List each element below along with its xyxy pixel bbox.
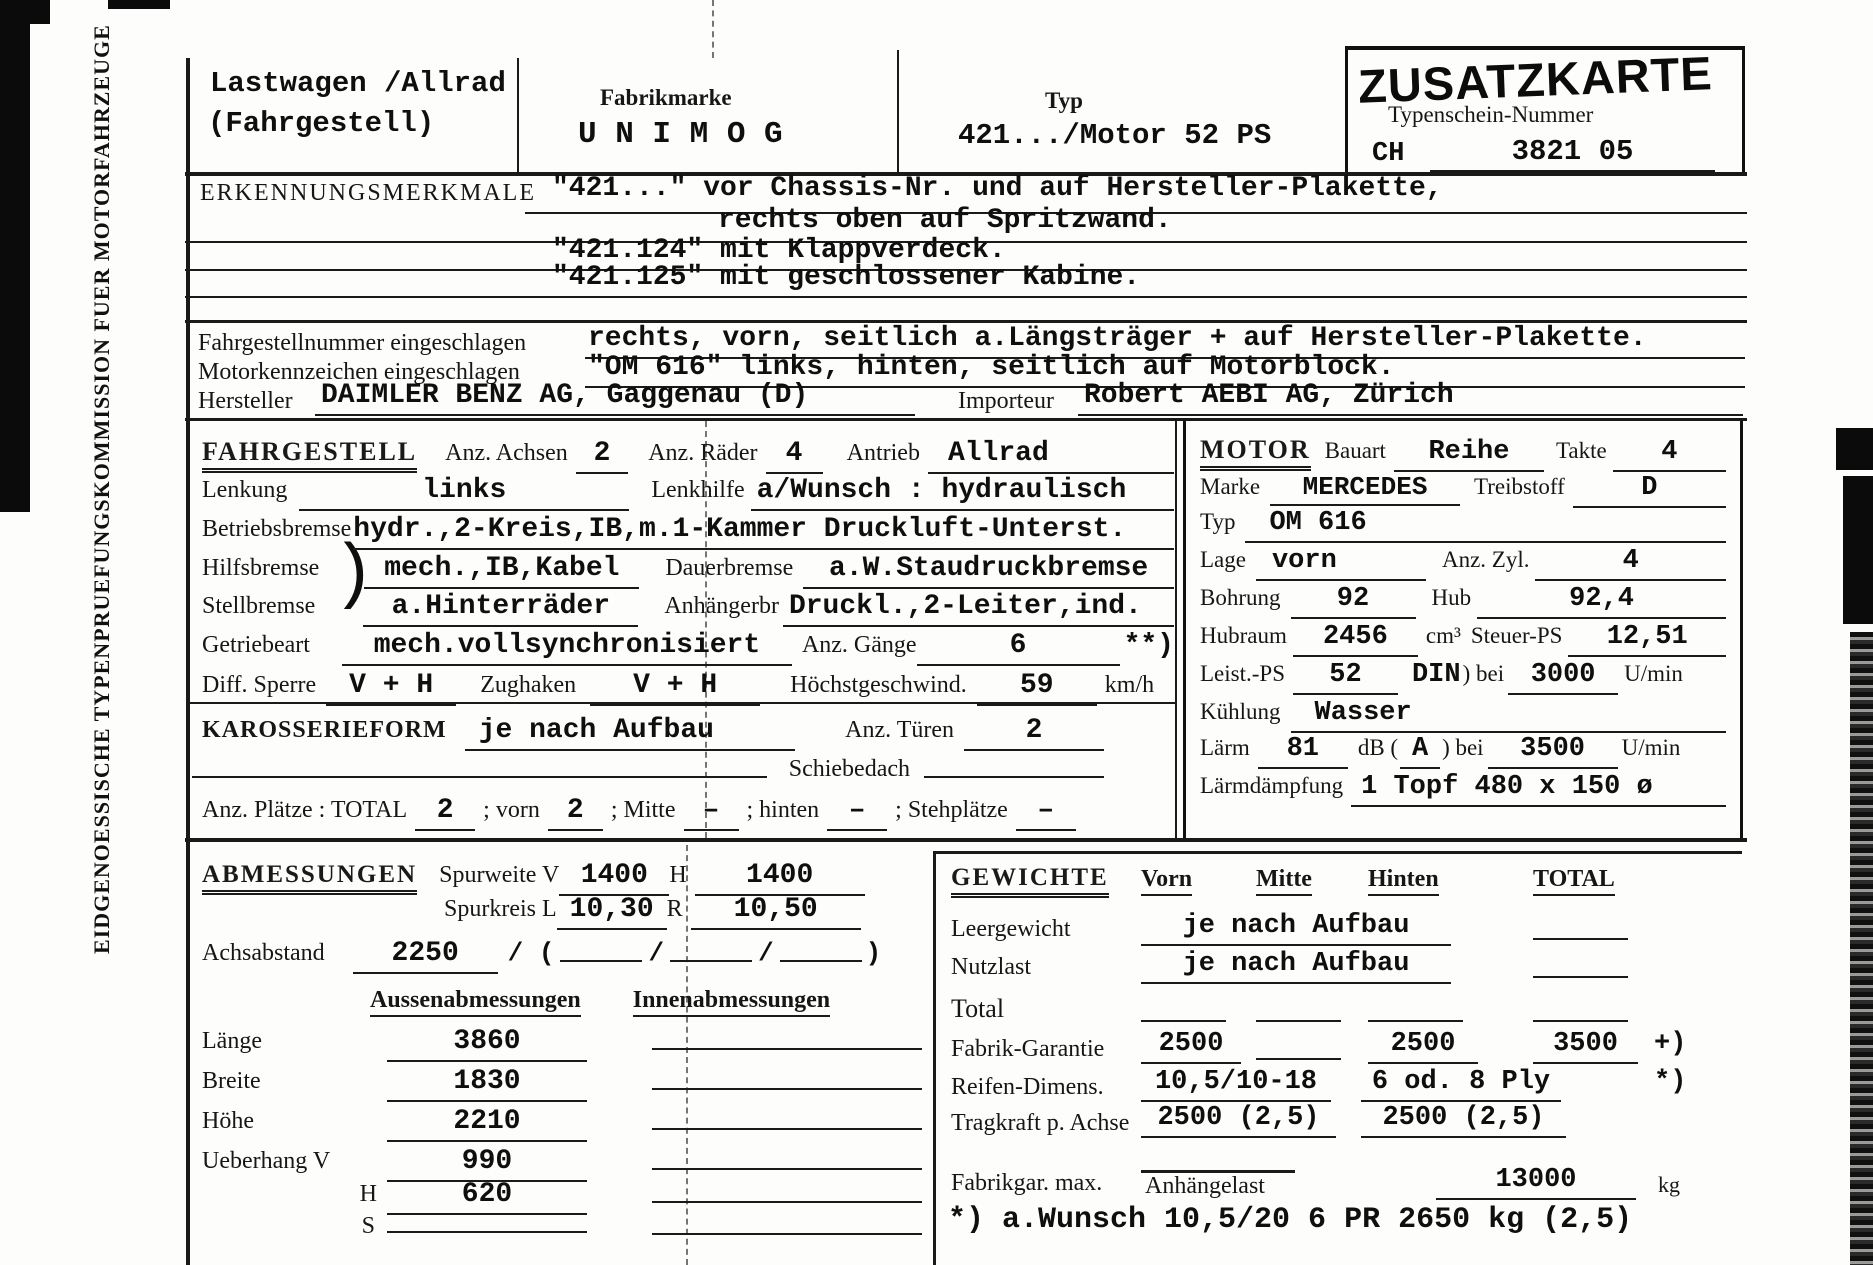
seats-front-value: 2 — [548, 796, 603, 831]
overhang-rear-inner-blank — [652, 1187, 922, 1203]
seats-rear-value: – — [827, 796, 887, 831]
bodywork-title: KAROSSERIEFORM — [202, 717, 447, 744]
axle-load-front-value: 2500 (2,5) — [1141, 1104, 1336, 1138]
overhang-side-value — [387, 1229, 587, 1233]
axles-value: 2 — [576, 439, 628, 474]
axle-load-rear-value: 2500 (2,5) — [1361, 1104, 1566, 1138]
parking-brake-value: a.Hinterräder — [363, 592, 638, 627]
sunroof-blank — [924, 762, 1104, 778]
engine-power-norm: DIN — [1412, 661, 1461, 691]
dimension-row-width: Breite 1830 — [190, 1067, 930, 1102]
engine-displacement-value: 2456 — [1293, 623, 1418, 657]
engine-row-1: MOTOR Bauart Reihe Takte 4 — [1186, 435, 1740, 472]
chassis-box-right-border — [1175, 421, 1177, 838]
trailer-load-row: Fabrikgar. max. Anhängelast 13000 kg — [936, 1166, 1742, 1204]
retarder-label: Dauerbremse — [665, 555, 793, 582]
chassis-row-3: Betriebsbremse hydr.,2-Kreis,IB,m.1-Kamm… — [190, 515, 1174, 550]
engine-row-6: Hubraum 2456 cm³ Steuer-PS 12,51 — [1186, 623, 1740, 657]
identification-line-1: "421..." vor Chassis-Nr. und auf Herstel… — [552, 174, 1443, 205]
steering-value: links — [299, 476, 629, 511]
scan-right-block-small — [1836, 428, 1873, 470]
card-title-box: ZUSATZKARTE Typenschein-Nummer CH 3821 0… — [1345, 46, 1745, 172]
blank-line — [670, 946, 752, 962]
header-divider-2 — [897, 50, 899, 172]
blank-line — [192, 762, 767, 778]
seats-middle-value: – — [684, 796, 739, 831]
engine-noise-value: 81 — [1258, 735, 1348, 769]
identification-label: ERKENNUNGSMERKMALE — [200, 180, 536, 207]
factory-front-value: 2500 — [1141, 1030, 1241, 1064]
height-label: Höhe — [202, 1108, 387, 1135]
factory-rear-value: 2500 — [1368, 1030, 1478, 1064]
scan-right-speckle-strip — [1850, 632, 1873, 1265]
payload-row: Nutzlast je nach Aufbau — [936, 950, 1742, 988]
turning-right-label: R — [667, 896, 683, 923]
engine-strokes-label: Takte — [1556, 438, 1607, 464]
engine-position-label: Lage — [1200, 547, 1246, 573]
engine-row-7: Leist.-PS 52 DIN ) bei 3000 U/min — [1186, 661, 1740, 695]
brand-label: Fabrikmarke — [600, 85, 732, 111]
engine-position-value: vorn — [1256, 547, 1426, 581]
width-label: Breite — [202, 1068, 387, 1095]
drive-label: Antrieb — [847, 440, 920, 467]
drive-value: Allrad — [928, 439, 1174, 474]
trailer-load-unit: kg — [1658, 1172, 1680, 1198]
height-inner-blank — [652, 1114, 922, 1130]
track-rear-value: 1400 — [695, 861, 865, 896]
engine-make-label: Marke — [1200, 474, 1260, 500]
inner-dimensions-header: Innenabmessungen — [633, 987, 830, 1017]
dimensions-row-wheelbase: Achsabstand 2250 / ( / / ) — [190, 939, 930, 974]
tire-ply-value: 6 od. 8 Ply — [1361, 1068, 1561, 1102]
approval-number-prefix: CH — [1372, 140, 1404, 170]
doors-label: Anz. Türen — [845, 717, 954, 744]
header-divider-1 — [517, 58, 519, 172]
dimensions-row-turning: Spurkreis L 10,30 R 10,50 — [190, 895, 930, 930]
chassis-row-5: Stellbremse a.Hinterräder Anhängerbr Dru… — [190, 592, 1174, 627]
trailer-load-sublabel: Anhängelast — [1141, 1170, 1295, 1200]
total-weight-row: Total — [936, 992, 1742, 1030]
overhang-side-label: S — [202, 1213, 387, 1240]
weights-col-front: Vorn — [1141, 866, 1192, 896]
service-brake-label: Betriebsbremse — [202, 516, 351, 543]
payload-value: je nach Aufbau — [1141, 950, 1451, 984]
engine-type-label: Typ — [1200, 509, 1235, 535]
engine-row-10: Lärmdämpfung 1 Topf 480 x 150 ø — [1186, 773, 1740, 807]
engine-row-4: Lage vorn Anz. Zyl. 4 — [1186, 547, 1740, 581]
empty-weight-row: Leergewicht je nach Aufbau — [936, 912, 1742, 950]
steering-label: Lenkung — [202, 477, 287, 504]
trailer-load-label: Fabrikgar. max. — [951, 1170, 1102, 1197]
chassis-title: FAHRGESTELL — [202, 437, 417, 473]
retarder-value: a.W.Staudruckbremse — [803, 554, 1174, 589]
engine-title: MOTOR — [1200, 435, 1311, 471]
weights-header-row: GEWICHTE Vorn Mitte Hinten TOTAL — [936, 864, 1742, 900]
overhang-rear-label: H — [202, 1181, 387, 1208]
payload-total-blank — [1533, 962, 1628, 978]
engine-row-2: Marke MERCEDES Treibstoff D — [1186, 473, 1740, 508]
blank-line — [560, 946, 642, 962]
total-rear-blank — [1368, 1006, 1463, 1022]
tire-note: *) — [1654, 1068, 1686, 1098]
total-total-blank — [1533, 1006, 1628, 1022]
outer-dimensions-header: Aussenabmessungen — [370, 987, 581, 1017]
turning-right-value: 10,50 — [691, 895, 861, 930]
steering-assist-value: a/Wunsch : hydraulisch — [751, 476, 1174, 511]
engine-power-label: Leist.-PS — [1200, 661, 1285, 687]
tire-dimensions-row: Reifen-Dimens. 10,5/10-18 6 od. 8 Ply *) — [936, 1068, 1742, 1106]
engine-displacement-label: Hubraum — [1200, 623, 1287, 649]
engine-stroke-label: Hub — [1432, 585, 1472, 611]
bodywork-row-3: Anz. Plätze : TOTAL 2 ; vorn 2 ; Mitte –… — [190, 796, 1174, 831]
axle-load-row: Tragkraft p. Achse 2500 (2,5) 2500 (2,5) — [936, 1104, 1742, 1142]
dimension-row-height: Höhe 2210 — [190, 1107, 930, 1142]
height-outer-value: 2210 — [387, 1107, 587, 1142]
engine-row-3: Typ OM 616 — [1186, 509, 1740, 543]
manufacturer-label: Hersteller — [198, 388, 293, 415]
importer-value: Robert AEBI AG, Zürich — [1078, 381, 1743, 416]
body-shape-value: je nach Aufbau — [465, 716, 795, 751]
chassis-number-label: Fahrgestellnummer eingeschlagen — [198, 330, 526, 357]
chassis-number-value: rechts, vorn, seitlich a.Längsträger + a… — [588, 324, 1647, 355]
parking-brake-label: Stellbremse — [202, 593, 315, 620]
engine-layout-label: Bauart — [1325, 438, 1386, 464]
factory-middle-blank — [1256, 1044, 1341, 1060]
track-rear-label: H — [669, 862, 686, 889]
total-front-blank — [1141, 1006, 1226, 1022]
standing-value: – — [1016, 796, 1076, 831]
wheelbase-label: Achsabstand — [202, 940, 325, 967]
bodywork-section: KAROSSERIEFORM je nach Aufbau Anz. Türen… — [190, 704, 1174, 836]
trailer-brake-value: Druckl.,2-Leiter,ind. — [783, 592, 1174, 627]
trailer-brake-label: Anhängerbr — [664, 593, 779, 620]
wheelbase-close: ) — [866, 939, 882, 968]
engine-silencer-label: Lärmdämpfung — [1200, 773, 1343, 799]
axle-load-label: Tragkraft p. Achse — [951, 1110, 1129, 1137]
engine-row-5: Bohrung 92 Hub 92,4 — [1186, 585, 1740, 619]
engine-power-rpm: 3000 — [1508, 661, 1618, 695]
track-front-value: 1400 — [559, 861, 669, 896]
factory-total-value: 3500 — [1533, 1030, 1638, 1064]
typenschein-card: EIDGENOESSISCHE TYPENPRUEFUNGSKOMMISSION… — [0, 0, 1873, 1265]
type-label: Typ — [1045, 88, 1083, 114]
gears-label: Anz. Gänge — [802, 632, 917, 659]
chassis-section: ) FAHRGESTELL Anz. Achsen 2 Anz. Räder 4… — [190, 421, 1174, 702]
turning-left-value: 10,30 — [557, 895, 667, 930]
manufacturer-value: DAIMLER BENZ AG, Gaggenau (D) — [315, 381, 915, 416]
wheelbase-value: 2250 — [353, 939, 498, 974]
seats-front-label: ; vorn — [483, 797, 540, 824]
trailer-load-value: 13000 — [1436, 1166, 1636, 1200]
engine-fuel-label: Treibstoff — [1474, 474, 1565, 500]
dimension-row-overhang-rear: H 620 — [190, 1180, 930, 1215]
weights-col-rear: Hinten — [1368, 866, 1439, 896]
wheels-label: Anz. Räder — [648, 440, 757, 467]
bodywork-row-2: Schiebedach — [190, 756, 1174, 783]
engine-make-value: MERCEDES — [1270, 473, 1460, 506]
identification-line-4: "421.125" mit geschlossener Kabine. — [552, 263, 1140, 294]
length-outer-value: 3860 — [387, 1027, 587, 1062]
top-speed-unit: km/h — [1105, 672, 1154, 699]
vehicle-category-line1: Lastwagen /Allrad — [210, 68, 506, 100]
importer-label: Importeur — [958, 388, 1054, 415]
engine-tax-hp-value: 12,51 — [1568, 623, 1726, 657]
engine-row-9: Lärm 81 dB ( A ) bei 3500 U/min — [1186, 735, 1740, 769]
hitch-label: Zughaken — [480, 672, 576, 699]
top-speed-value: 59 — [977, 671, 1097, 706]
sunroof-label: Schiebedach — [789, 756, 910, 783]
width-outer-value: 1830 — [387, 1067, 587, 1102]
section-line — [185, 838, 1747, 842]
factory-warranty-label: Fabrik-Garantie — [951, 1036, 1104, 1063]
length-inner-blank — [652, 1034, 922, 1050]
gearbox-value: mech.vollsynchronisiert — [342, 631, 792, 666]
engine-power-value: 52 — [1293, 661, 1398, 695]
chassis-row-6: Getriebeart mech.vollsynchronisiert Anz.… — [190, 631, 1174, 666]
engine-cooling-label: Kühlung — [1200, 699, 1281, 725]
chassis-row-2: Lenkung links Lenkhilfe a/Wunsch : hydra… — [190, 476, 1174, 511]
standing-label: ; Stehplätze — [895, 797, 1008, 824]
approval-number-value: 3821 05 — [1430, 136, 1715, 172]
factory-note: +) — [1654, 1030, 1686, 1060]
seats-rear-label: ; hinten — [747, 797, 820, 824]
engine-cylinders-value: 4 — [1535, 547, 1726, 581]
overhang-front-value: 990 — [387, 1147, 587, 1182]
dimensions-row-track: ABMESSUNGEN Spurweite V 1400 H 1400 — [190, 861, 930, 896]
tire-footnote-row: *) a.Wunsch 10,5/20 6 PR 2650 kg (2,5) — [936, 1204, 1742, 1248]
scan-corner-mark — [0, 0, 50, 24]
vehicle-category-line2: (Fahrgestell) — [208, 108, 434, 140]
wheels-value: 4 — [766, 439, 823, 474]
blank-line — [780, 946, 862, 962]
empty-weight-total-blank — [1533, 924, 1628, 940]
seats-middle-label: ; Mitte — [611, 797, 676, 824]
payload-label: Nutzlast — [951, 954, 1031, 981]
total-middle-blank — [1256, 1006, 1341, 1022]
overhang-front-inner-blank — [652, 1154, 922, 1170]
fold-line-top — [712, 0, 714, 58]
engine-silencer-value: 1 Topf 480 x 150 ø — [1351, 773, 1726, 807]
identification-line-2: rechts oben auf Spritzwand. — [718, 206, 1172, 237]
weights-title: GEWICHTE — [951, 864, 1109, 898]
engine-power-rpm-unit: U/min — [1624, 661, 1683, 687]
service-brake-value: hydr.,2-Kreis,IB,m.1-Kammer Druckluft-Un… — [353, 515, 1174, 550]
engine-noise-at-label: ) bei — [1442, 735, 1484, 761]
engine-strokes-value: 4 — [1613, 438, 1726, 472]
type-value: 421.../Motor 52 PS — [958, 120, 1271, 152]
dimension-row-length: Länge 3860 — [190, 1027, 930, 1062]
engine-stroke-value: 92,4 — [1477, 585, 1726, 619]
engine-fuel-value: D — [1573, 474, 1726, 508]
length-label: Länge — [202, 1028, 387, 1055]
engine-noise-rpm-unit: U/min — [1622, 735, 1681, 761]
doors-value: 2 — [964, 716, 1104, 751]
dimensions-header-row: Aussenabmessungen Innenabmessungen — [190, 987, 930, 1017]
tire-dimensions-label: Reifen-Dimens. — [951, 1074, 1104, 1101]
tire-footnote: *) a.Wunsch 10,5/20 6 PR 2650 kg (2,5) — [948, 1204, 1632, 1237]
secondary-brake-label: Hilfsbremse — [202, 555, 319, 582]
empty-weight-value: je nach Aufbau — [1141, 912, 1451, 946]
diff-lock-label: Diff. Sperre — [202, 672, 316, 699]
engine-bore-label: Bohrung — [1200, 585, 1281, 611]
overhang-front-label: Ueberhang V — [202, 1148, 387, 1175]
weights-section: GEWICHTE Vorn Mitte Hinten TOTAL Leergew… — [936, 854, 1742, 1265]
chassis-row-7: Diff. Sperre V + H Zughaken V + H Höchst… — [190, 671, 1174, 706]
engine-cylinders-label: Anz. Zyl. — [1442, 547, 1530, 573]
top-speed-label: Höchstgeschwind. — [790, 672, 967, 699]
engine-noise-rpm: 3500 — [1488, 735, 1618, 769]
engine-tax-hp-label: Steuer-PS — [1471, 623, 1563, 649]
hitch-value: V + H — [590, 671, 760, 706]
engine-bore-value: 92 — [1291, 585, 1416, 619]
track-front-label: Spurweite V — [439, 862, 559, 889]
weights-col-total: TOTAL — [1533, 866, 1615, 896]
engine-noise-scale: A — [1400, 735, 1440, 769]
total-weight-label: Total — [951, 994, 1004, 1024]
dimension-row-overhang-front: Ueberhang V 990 — [190, 1147, 930, 1182]
secondary-brake-value: mech.,IB,Kabel — [364, 554, 639, 589]
engine-noise-label: Lärm — [1200, 735, 1250, 761]
dimensions-section: ABMESSUNGEN Spurweite V 1400 H 1400 Spur… — [190, 845, 930, 1265]
chassis-row-4: Hilfsbremse mech.,IB,Kabel Dauerbremse a… — [190, 554, 1174, 589]
scan-right-block-large — [1843, 476, 1873, 624]
wheelbase-open: / ( — [508, 939, 555, 968]
seats-total-value: 2 — [415, 796, 475, 831]
wheelbase-sep2: / — [758, 939, 774, 968]
empty-weight-label: Leergewicht — [951, 916, 1071, 943]
factory-warranty-row: Fabrik-Garantie 2500 2500 3500 +) — [936, 1030, 1742, 1068]
gears-note: **) — [1124, 631, 1174, 662]
weights-col-middle: Mitte — [1256, 866, 1312, 896]
overhang-side-inner-blank — [652, 1219, 922, 1235]
tire-dimensions-value: 10,5/10-18 — [1141, 1068, 1331, 1102]
engine-row-8: Kühlung Wasser — [1186, 699, 1740, 733]
engine-layout-value: Reihe — [1394, 438, 1544, 472]
wheelbase-sep1: / — [648, 939, 664, 968]
diff-lock-value: V + H — [326, 671, 456, 706]
scan-edge-bar — [0, 0, 30, 512]
engine-section: MOTOR Bauart Reihe Takte 4 Marke MERCEDE… — [1183, 421, 1743, 838]
axles-label: Anz. Achsen — [445, 440, 568, 467]
engine-noise-unit-pre: dB ( — [1358, 735, 1398, 761]
engine-power-at-label: ) bei — [1463, 661, 1505, 687]
rule-line — [185, 296, 1747, 298]
turning-left-label: Spurkreis L — [444, 896, 557, 923]
scan-top-mark — [108, 0, 170, 9]
approval-number-label: Typenschein-Nummer — [1388, 102, 1593, 128]
issuing-commission-vertical-text: EIDGENOESSISCHE TYPENPRUEFUNGSKOMMISSION… — [89, 144, 115, 954]
engine-type-value: OM 616 — [1245, 509, 1726, 543]
overhang-rear-value: 620 — [387, 1180, 587, 1215]
engine-displacement-unit: cm³ — [1426, 623, 1461, 649]
engine-cooling-value: Wasser — [1291, 699, 1727, 733]
gears-value: 6 — [917, 631, 1120, 666]
seats-total-label: Anz. Plätze : TOTAL — [202, 797, 407, 824]
width-inner-blank — [652, 1074, 922, 1090]
bodywork-row-1: KAROSSERIEFORM je nach Aufbau Anz. Türen… — [190, 716, 1174, 751]
dimensions-title: ABMESSUNGEN — [202, 861, 417, 895]
steering-assist-label: Lenkhilfe — [651, 477, 744, 504]
brand-value: U N I M O G — [578, 118, 783, 152]
dimension-row-overhang-side: S — [190, 1213, 930, 1240]
chassis-row-1: FAHRGESTELL Anz. Achsen 2 Anz. Räder 4 A… — [190, 437, 1174, 474]
gearbox-label: Getriebeart — [202, 632, 310, 659]
